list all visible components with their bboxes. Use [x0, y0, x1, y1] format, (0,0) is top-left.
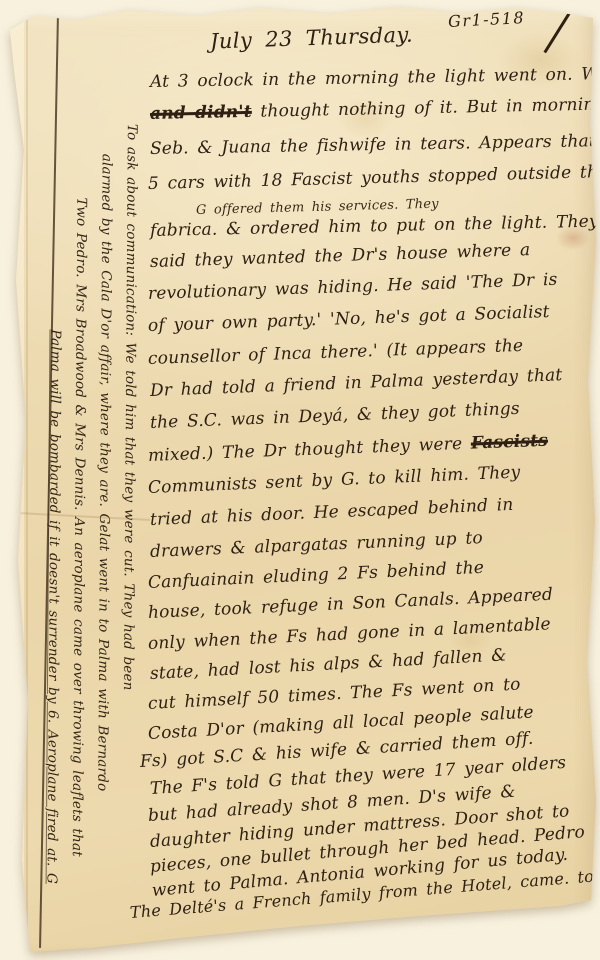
body-line: of your own party.' 'No, he's got a Soci…	[148, 302, 550, 336]
line-text: 5 cars with 18 Fascist youths stopped ou…	[148, 162, 600, 194]
line-text: the S.C. was in Deyá, & they got things	[150, 399, 521, 433]
line-text: revolutionary was hiding. He said 'The D…	[148, 270, 558, 304]
catalog-slash-mark	[543, 11, 571, 53]
body-line: counsellor of Inca there.' (It appears t…	[148, 336, 524, 369]
body-line: 5 cars with 18 Fascist youths stopped ou…	[148, 162, 600, 194]
line-text: At 3 oclock in the morning the light wen…	[150, 64, 600, 92]
line-text: tried at his door. He escaped behind in	[150, 495, 514, 530]
line-text: Canfuainain eluding 2 Fs behind the	[148, 558, 485, 593]
body-line: said they wanted the Dr's house where a	[150, 240, 531, 272]
body-line: Seb. & Juana the fishwife in tears. Appe…	[150, 131, 596, 159]
body-line: At 3 oclock in the morning the light wen…	[150, 64, 600, 92]
line-text: Seb. & Juana the fishwife in tears. Appe…	[150, 131, 596, 159]
body-line: and didn't thought nothing of it. But in…	[150, 94, 600, 124]
catalog-mark: Gr1-518	[448, 8, 526, 31]
body-line: the S.C. was in Deyá, & they got things	[150, 399, 521, 433]
body-line: mixed.) The Dr thought they were Fascist…	[148, 431, 549, 466]
margin-note-block: To ask about communication: We told him …	[38, 109, 144, 955]
line-text: Dr had told a friend in Palma yesterday …	[150, 365, 563, 401]
struck-text: and didn't	[150, 102, 252, 124]
line-text: of your own party.' 'No, he's got a Soci…	[148, 302, 550, 336]
page-heading: July 23 Thursday.	[210, 22, 414, 53]
paper: Gr1-518 July 23 Thursday. To ask about c…	[0, 0, 600, 960]
paper-shadow-wrap: Gr1-518 July 23 Thursday. To ask about c…	[0, 0, 600, 960]
body-line: drawers & alpargatas running up to	[150, 528, 484, 562]
scanned-diary-page: Gr1-518 July 23 Thursday. To ask about c…	[0, 0, 600, 960]
left-edge-highlight	[8, 0, 24, 960]
line-text: Communists sent by G. to kill him. They	[148, 462, 521, 498]
line-text: mixed.) The Dr thought they were	[148, 434, 472, 466]
body-line: revolutionary was hiding. He said 'The D…	[148, 270, 558, 304]
struck-text: Fascists	[471, 431, 549, 454]
line-text: thought nothing of it. But in morning	[252, 94, 600, 121]
line-text: said they wanted the Dr's house where a	[150, 240, 531, 272]
body-line: tried at his door. He escaped behind in	[150, 495, 514, 530]
body-line: Communists sent by G. to kill him. They	[148, 462, 521, 498]
body-line: Dr had told a friend in Palma yesterday …	[150, 365, 563, 401]
line-text: counsellor of Inca there.' (It appears t…	[148, 336, 524, 369]
line-text: drawers & alpargatas running up to	[150, 528, 484, 562]
left-fold-crease	[26, 0, 28, 960]
body-line: Canfuainain eluding 2 Fs behind the	[148, 558, 485, 593]
